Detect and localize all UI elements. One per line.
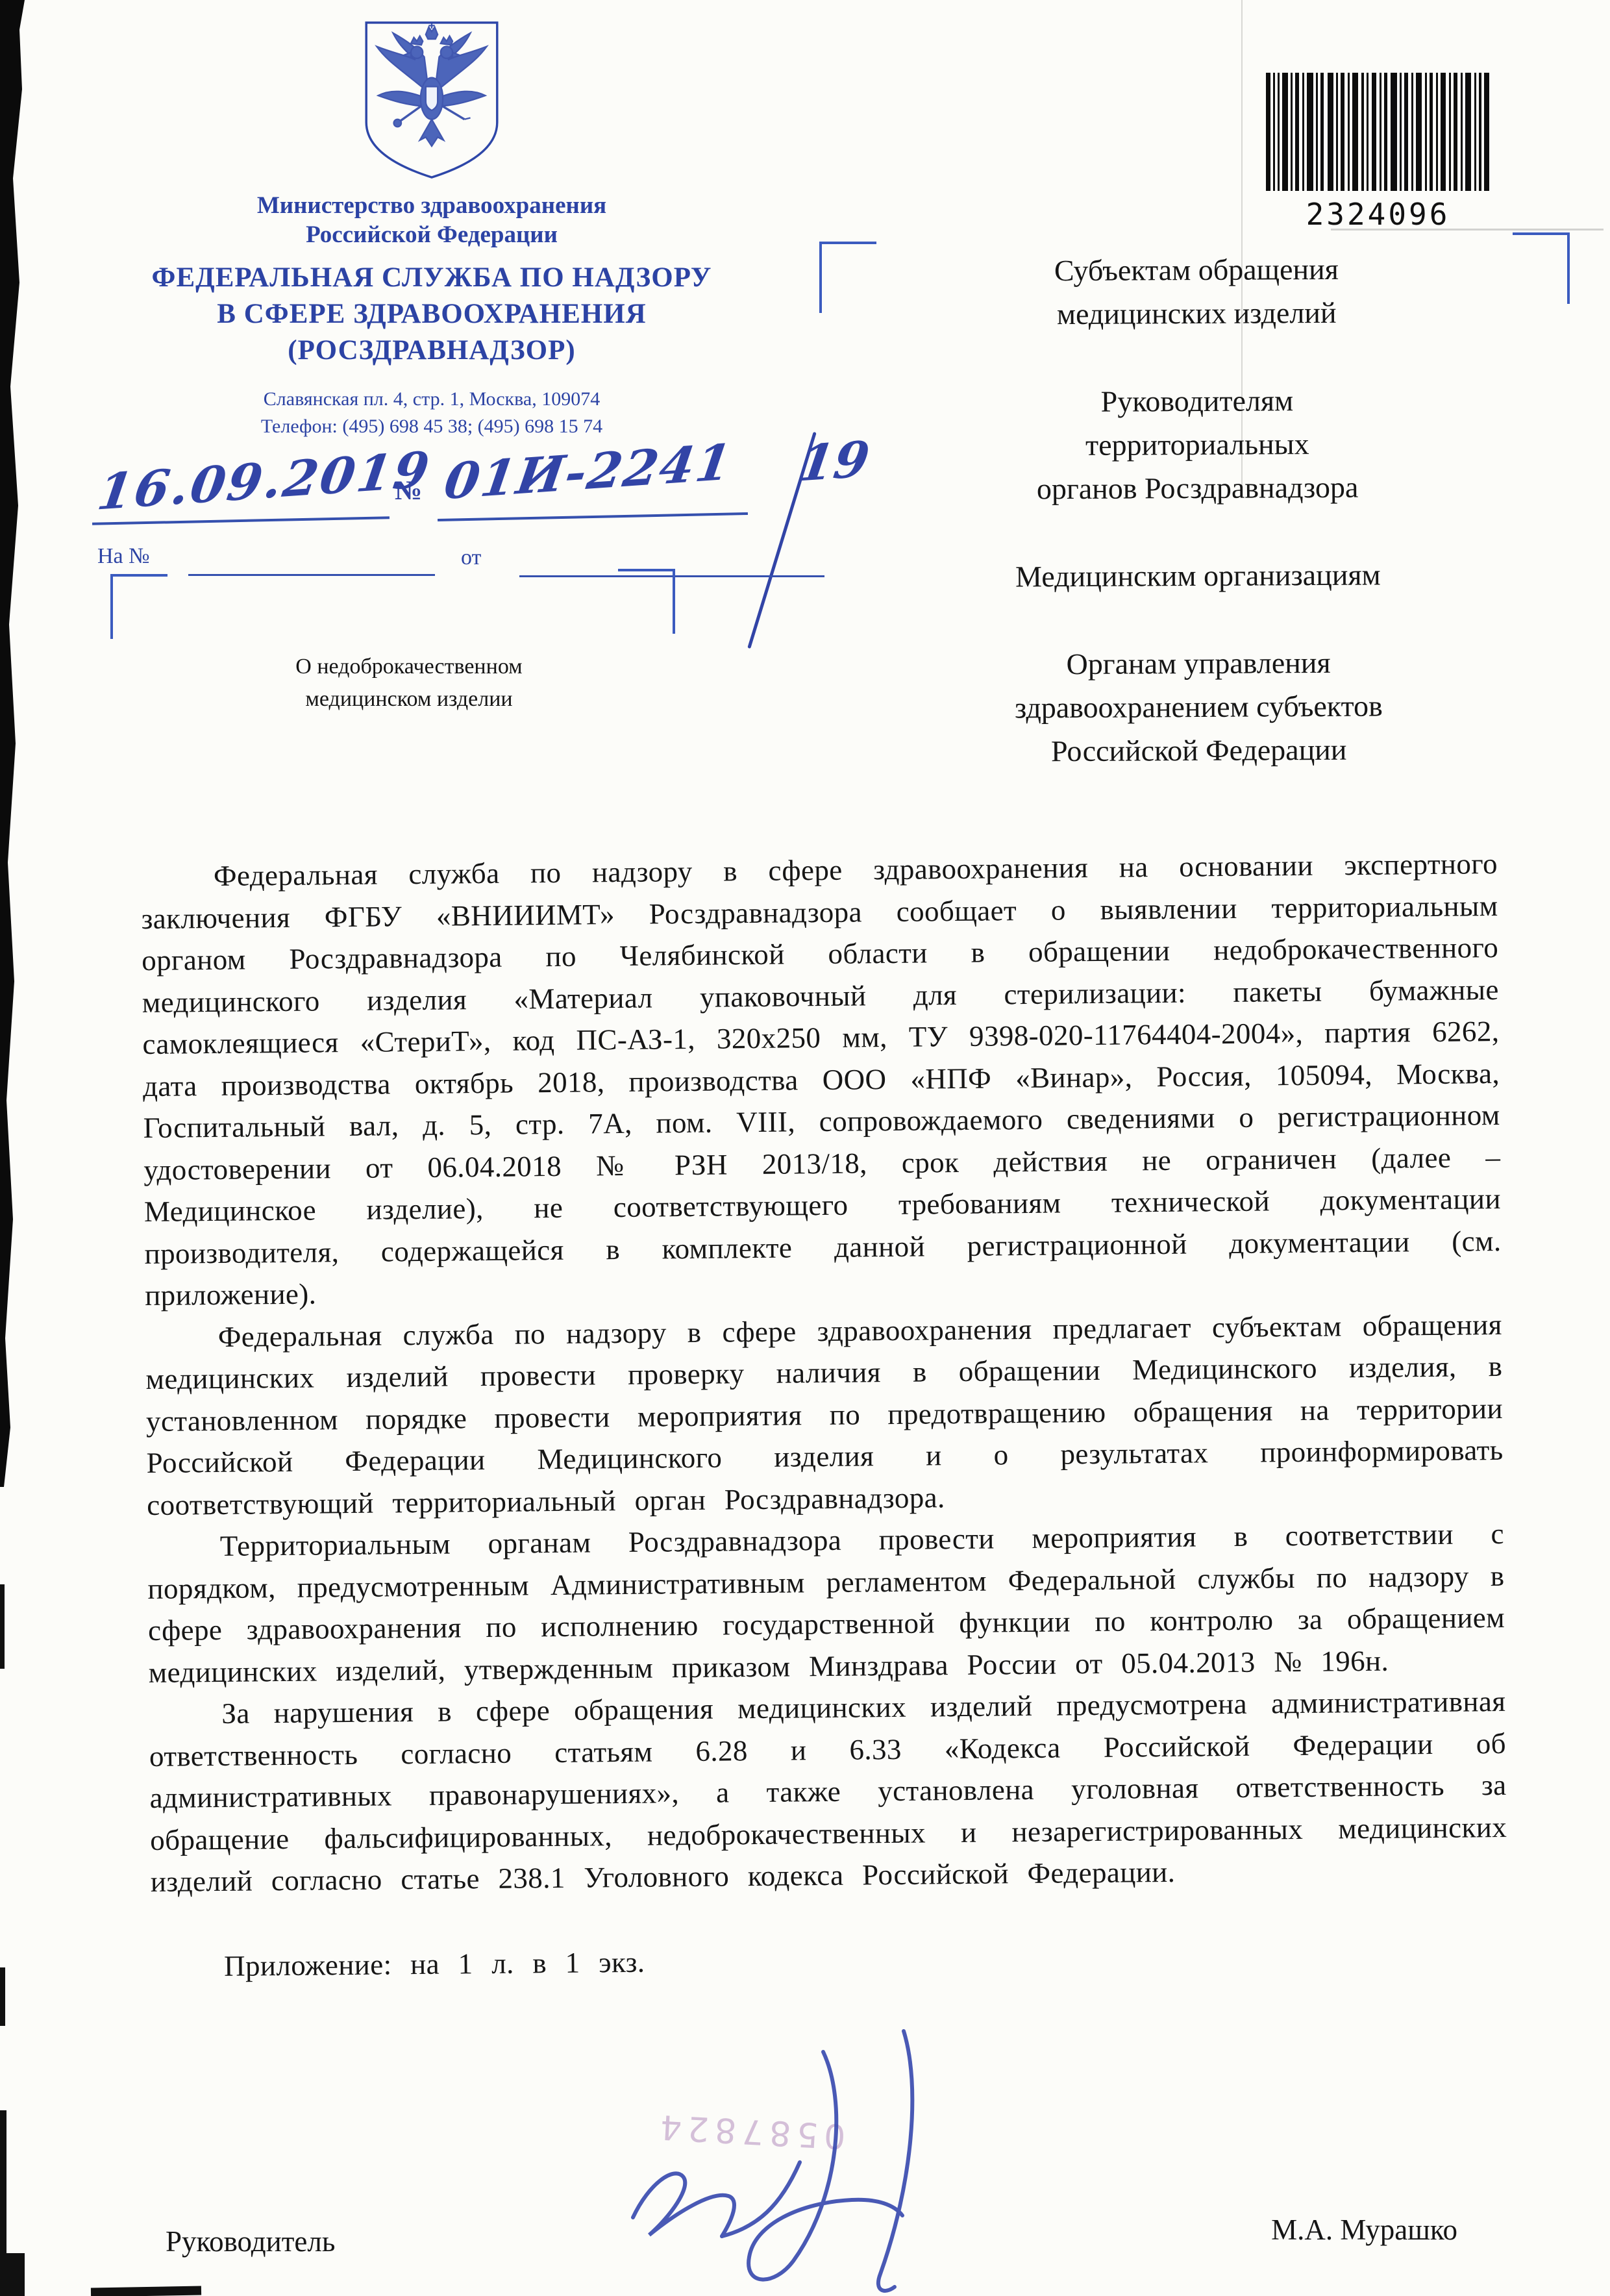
corner-bracket-icon [618,569,675,634]
recipient-group: Субъектам обращения медицинских изделий [836,246,1557,337]
subject-line: медицинском изделии [149,683,669,716]
attachment-note: Приложение: на 1 л. в 1 экз. [151,1932,1509,1988]
letterhead-contacts: Славянская пл. 4, стр. 1, Москва, 109074… [62,386,802,440]
recipients-block: Субъектам обращения медицинских изделий … [836,246,1560,818]
recipient-line: Субъектам обращения [836,246,1557,293]
scan-artifact-left-edge [0,0,26,1487]
letter-body: Федеральная служба по надзору в сфере зд… [141,843,1509,1988]
recipient-group: Медицинским организациям [837,552,1558,599]
signer-title: Руководитель [166,2225,335,2258]
ministry-line: Министерство здравоохранения [62,191,802,220]
scan-artifact-mark [0,1967,5,2026]
service-name: ФЕДЕРАЛЬНАЯ СЛУЖБА ПО НАДЗОРУ В СФЕРЕ ЗД… [62,260,802,369]
body-paragraph: Федеральная служба по надзору в сфере зд… [141,843,1502,1317]
recipient-group: Органам управления здравоохранением субъ… [838,640,1559,774]
recipient-line: Руководителям [837,377,1557,425]
corner-bracket-icon [110,574,167,639]
recipient-line: Органам управления [838,640,1559,687]
service-line: ФЕДЕРАЛЬНАЯ СЛУЖБА ПО НАДЗОРУ [62,260,802,296]
number-underline [438,512,748,521]
recipient-line: Российской Федерации [839,727,1559,774]
reply-reference-line: На № от [97,544,876,583]
barcode-icon [1266,73,1490,191]
recipient-line: медицинских изделий [836,290,1557,337]
address-line: Славянская пл. 4, стр. 1, Москва, 109074 [62,386,802,413]
recipient-line: органов Росздравнадзора [837,464,1557,512]
signer-name: М.А. Мурашко [1271,2213,1457,2247]
service-line: (РОСЗДРАВНАДЗОР) [62,332,802,369]
number-sign: № [395,475,422,506]
ministry-line: Российской Федерации [62,220,802,249]
handwritten-date: 16.09.2019 [94,440,435,521]
on-number-label: На № [97,544,150,569]
scan-artifact-mark [0,2253,25,2296]
coat-of-arms-icon [357,18,506,182]
barcode-number: 2324096 [1266,197,1490,232]
body-paragraph: Федеральная служба по надзору в сфере зд… [145,1303,1504,1526]
handwritten-signature [571,2013,987,2296]
recipient-group: Руководителям территориальных органов Ро… [837,377,1558,512]
document-page: Министерство здравоохранения Российской … [0,0,1610,2296]
scan-artifact-mark [91,2286,201,2296]
service-line: В СФЕРЕ ЗДРАВООХРАНЕНИЯ [62,296,802,332]
handwritten-number: 01И-2241 [441,433,736,510]
subject-block: О недоброкачественном медицинском издели… [149,651,669,716]
recipient-line: здравоохранением субъектов [838,683,1559,730]
recipient-line: территориальных [837,421,1557,468]
ministry-name: Министерство здравоохранения Российской … [62,191,802,249]
recipient-line: Медицинским организациям [837,552,1558,599]
reference-underline [188,574,435,576]
barcode-block: 2324096 [1266,73,1490,232]
subject-line: О недоброкачественном [149,651,669,683]
from-label: от [461,545,481,570]
body-paragraph: За нарушения в сфере обращения медицинск… [149,1680,1507,1903]
scan-artifact-mark [0,1584,5,1669]
letterhead: Министерство здравоохранения Российской … [62,18,802,440]
body-paragraph: Территориальным органам Росздравнадзора … [147,1513,1505,1693]
